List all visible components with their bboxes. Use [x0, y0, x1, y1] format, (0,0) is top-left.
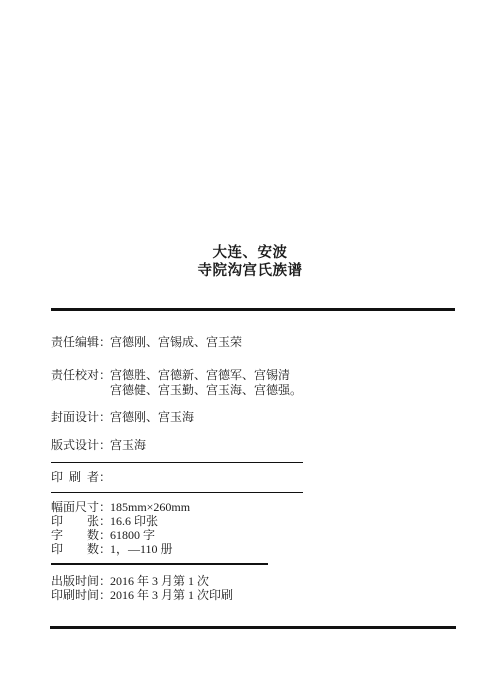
divider-thin-above-printer — [51, 462, 303, 463]
row-value: 2016 年 3 月第 1 次印刷 — [110, 588, 233, 602]
row-value: 宫德胜、宫德新、宫德军、宫锡清 — [110, 368, 290, 382]
row-word-count: 字 数：61800 字 — [51, 529, 155, 542]
row-value: 16.6 印张 — [110, 514, 158, 528]
row-responsible-editor: 责任编辑：宫德刚、宫锡成、宫玉荣 — [51, 336, 242, 349]
row-label: 印 数 — [51, 543, 99, 556]
row-colon: ： — [99, 589, 110, 602]
row-label: 印 刷 者 — [51, 471, 99, 484]
row-label: 责任校对 — [51, 369, 99, 382]
divider-medium — [51, 563, 268, 565]
row-colon: ： — [99, 336, 110, 349]
row-publication-time: 出版时间：2016 年 3 月第 1 次 — [51, 575, 209, 588]
row-value: 2016 年 3 月第 1 次 — [110, 574, 209, 588]
row-label: 责任编辑 — [51, 336, 99, 349]
row-format-size: 幅面尺寸：185mm×260mm — [51, 501, 190, 514]
row-layout-design: 版式设计：宫玉海 — [51, 439, 146, 452]
row-value: 185mm×260mm — [110, 500, 190, 514]
row-label: 印刷时间 — [51, 589, 99, 602]
divider-top-thick — [51, 308, 455, 311]
row-value: 宫德刚、宫玉海 — [110, 410, 194, 424]
row-printer: 印 刷 者： — [51, 471, 110, 484]
row-value: 1，—110 册 — [110, 542, 173, 556]
row-value: 宫德刚、宫锡成、宫玉荣 — [110, 335, 242, 349]
row-printing-time: 印刷时间：2016 年 3 月第 1 次印刷 — [51, 589, 233, 602]
row-value: 宫玉海 — [110, 438, 146, 452]
row-colon: ： — [99, 529, 110, 542]
row-colon: ： — [99, 501, 110, 514]
row-print-run: 印 数：1，—110 册 — [51, 543, 173, 556]
row-label: 版式设计 — [51, 439, 99, 452]
book-title-line2: 寺院沟宫氏族谱 — [0, 262, 500, 280]
row-colon: ： — [99, 543, 110, 556]
book-title: 大连、安波 寺院沟宫氏族谱 — [0, 244, 500, 280]
row-responsible-proofreader-line2: 宫德健、宫玉勤、宫玉海、宫德强。 — [110, 384, 302, 397]
row-label: 封面设计 — [51, 411, 99, 424]
divider-thin-below-printer — [51, 492, 303, 493]
row-responsible-proofreader: 责任校对：宫德胜、宫德新、宫德军、宫锡清 — [51, 369, 290, 382]
row-colon: ： — [99, 515, 110, 528]
row-value: 61800 字 — [110, 528, 155, 542]
colophon-page: 大连、安波 寺院沟宫氏族谱 责任编辑：宫德刚、宫锡成、宫玉荣 责任校对：宫德胜、… — [0, 0, 500, 683]
row-colon: ： — [99, 369, 110, 382]
row-label: 字 数 — [51, 529, 99, 542]
row-label: 幅面尺寸 — [51, 501, 99, 514]
row-printed-sheets: 印 张：16.6 印张 — [51, 515, 158, 528]
row-cover-design: 封面设计：宫德刚、宫玉海 — [51, 411, 194, 424]
row-colon: ： — [99, 439, 110, 452]
divider-bottom-thick — [50, 626, 456, 629]
row-colon: ： — [99, 575, 110, 588]
row-colon: ： — [99, 411, 110, 424]
row-label: 印 张 — [51, 515, 99, 528]
row-label: 出版时间 — [51, 575, 99, 588]
book-title-line1: 大连、安波 — [0, 244, 500, 262]
row-colon: ： — [99, 471, 110, 484]
